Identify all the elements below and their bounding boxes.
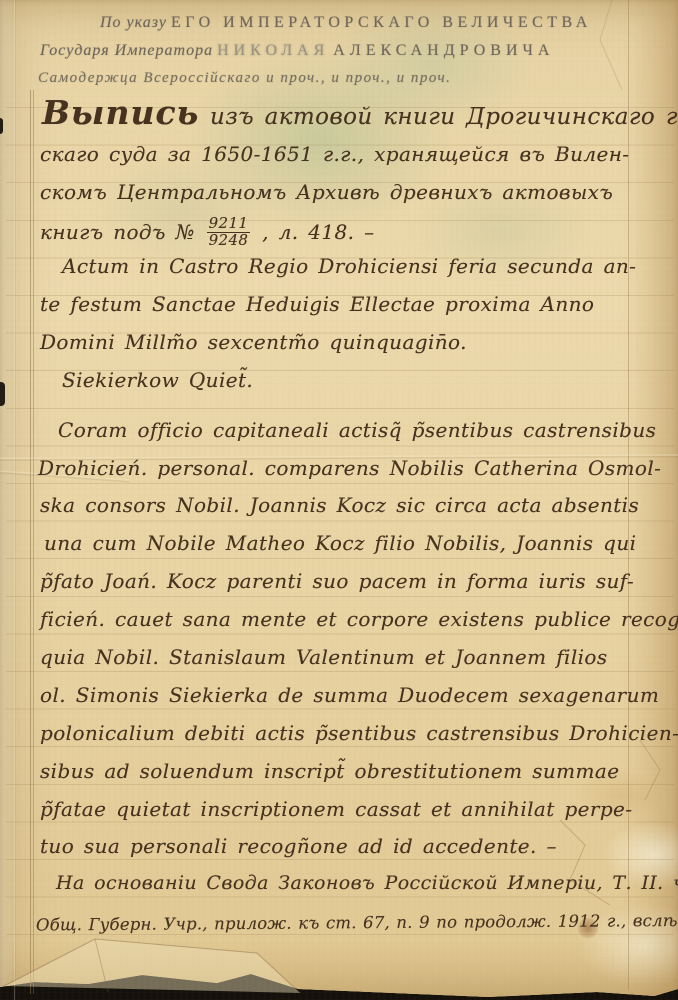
handwritten-line: Drohicień. personal. comparens Nobilis C…: [38, 456, 661, 480]
handwritten-line: ficień. cauet sana mente et corpore exis…: [40, 607, 678, 631]
fraction-denominator: 9248: [207, 233, 251, 249]
handwritten-line: Domini Millm̃o sexcentm̃o quinquagin̄o.: [40, 330, 467, 354]
edge-tear-notch: [0, 118, 3, 134]
header-name-faded: НИКОЛАЯ: [217, 42, 329, 59]
printed-header-line1: По указу ЕГО ИМПЕРАТОРСКАГО ВЕЛИЧЕСТВА: [100, 14, 592, 32]
handwritten-line: polonicalium debiti actis p̃sentibus cas…: [40, 721, 678, 745]
handwritten-line: Actum in Castro Regio Drohiciensi feria …: [62, 254, 636, 278]
handwritten-line: Siekierkow Quiet̃.: [62, 368, 253, 392]
archive-reference-line: книгъ подъ № 9211 9248 , л. 418. –: [40, 216, 375, 249]
handwritten-line: скаго суда за 1650-1651 г.г., хранящейся…: [40, 142, 629, 166]
handwritten-line: p̃fato Joań. Kocz parenti suo pacem in f…: [40, 569, 634, 593]
printed-header-line2: Государя Императора НИКОЛАЯ АЛЕКСАНДРОВИ…: [40, 42, 554, 60]
handwritten-line: sibus ad soluendum inscript̃ obrestituti…: [40, 759, 619, 783]
left-margin-line: [30, 90, 34, 994]
left-edge-crease: [14, 0, 16, 1000]
printed-header-line3: Самодержца Всероссійскаго и проч., и про…: [38, 70, 451, 87]
archive-number-fraction: 9211 9248: [207, 216, 251, 249]
handwritten-line: te festum Sanctae Heduigis Ellectae prox…: [40, 292, 594, 316]
header-patronymic: АЛЕКСАНДРОВИЧА: [333, 42, 554, 59]
edge-tear-notch: [0, 382, 5, 406]
handwritten-line: quia Nobil. Stanislaum Valentinum et Joa…: [40, 645, 608, 669]
handwritten-title: Выпись изъ актовой книги Дрогичинскаго г…: [42, 93, 678, 132]
handwritten-line: Coram officio capitaneali actisq̃ p̃sent…: [58, 418, 656, 442]
handwritten-line: tuo sua personali recogñone ad id accede…: [40, 834, 557, 858]
handwritten-line: p̃fatae quietat inscriptionem cassat et …: [40, 797, 632, 821]
handwritten-line: На основаніи Свода Законовъ Россійской И…: [56, 872, 678, 894]
title-rest: изъ актовой книги Дрогичинскаго грод-: [199, 104, 678, 130]
handwritten-line: скомъ Центральномъ Архивѣ древнихъ актов…: [40, 180, 613, 204]
reference-prefix: книгъ подъ №: [40, 220, 195, 244]
title-lead-word: Выпись: [42, 93, 199, 132]
header-emperor-prefix: Государя Императора: [40, 42, 213, 59]
document-scan: По указу ЕГО ИМПЕРАТОРСКАГО ВЕЛИЧЕСТВА Г…: [0, 0, 678, 1000]
handwritten-line: una cum Nobile Matheo Kocz filio Nobilis…: [44, 531, 636, 555]
handwritten-line: ol. Simonis Siekierka de summa Duodecem …: [40, 683, 659, 707]
header-majesty-caps: ЕГО ИМПЕРАТОРСКАГО ВЕЛИЧЕСТВА: [171, 14, 592, 31]
reference-suffix: , л. 418. –: [262, 220, 374, 244]
header-decree-prefix: По указу: [100, 14, 167, 31]
handwritten-line: ska consors Nobil. Joannis Kocz sic circ…: [40, 493, 639, 517]
